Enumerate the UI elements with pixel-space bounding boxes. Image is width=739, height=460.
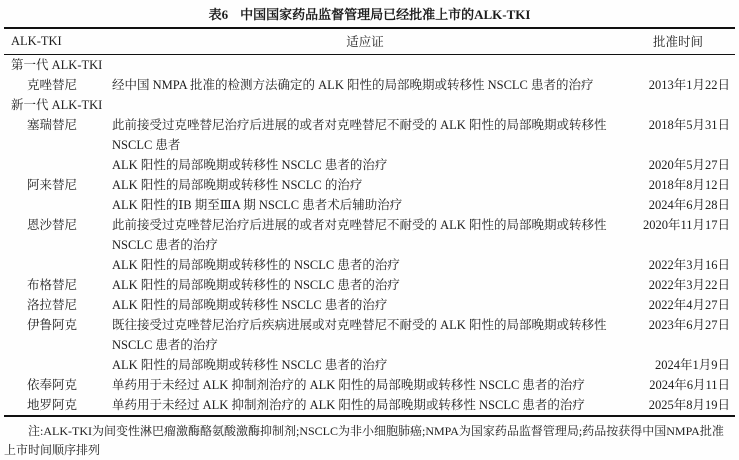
indication-text: ALK 阳性的局部晚期或转移性 NSCLC 的治疗 [109, 175, 621, 195]
approval-date: 2024年6月11日 [621, 375, 735, 395]
drug-name [4, 155, 109, 175]
drug-name [4, 355, 109, 375]
table-row: 洛拉替尼ALK 阳性的局部晚期或转移性 NSCLC 患者的治疗2022年4月27… [4, 295, 735, 315]
table-row: 塞瑞替尼此前接受过克唑替尼治疗后进展的或者对克唑替尼不耐受的 ALK 阳性的局部… [4, 115, 735, 155]
approval-date: 2022年3月16日 [621, 255, 735, 275]
drug-name: 洛拉替尼 [4, 295, 109, 315]
drug-name: 克唑替尼 [4, 75, 109, 95]
drug-name: 依奉阿克 [4, 375, 109, 395]
approval-date: 2020年5月27日 [621, 155, 735, 175]
indication-text: ALK 阳性的局部晚期或转移性的 NSCLC 患者的治疗 [109, 275, 621, 295]
column-header-approval-date: 批准时间 [621, 28, 735, 54]
approval-date: 2020年11月17日 [621, 215, 735, 255]
alk-tki-approval-table: ALK-TKI 适应证 批准时间 第一代 ALK-TKI克唑替尼经中国 NMPA… [4, 27, 735, 417]
table-row: 新一代 ALK-TKI [4, 95, 735, 115]
drug-name: 伊鲁阿克 [4, 315, 109, 355]
approval-date: 2018年8月12日 [621, 175, 735, 195]
table-row: ALK 阳性的局部晚期或转移性 NSCLC 患者的治疗2020年5月27日 [4, 155, 735, 175]
approval-date: 2025年8月19日 [621, 395, 735, 416]
indication-text: ALK 阳性的局部晚期或转移性 NSCLC 患者的治疗 [109, 155, 621, 175]
generation-section-label: 新一代 ALK-TKI [4, 95, 735, 115]
indication-text: 此前接受过克唑替尼治疗后进展的或者对克唑替尼不耐受的 ALK 阳性的局部晚期或转… [109, 215, 621, 255]
indication-text: ALK 阳性的局部晚期或转移性 NSCLC 患者的治疗 [109, 355, 621, 375]
table-footnote: 注:ALK-TKI为间变性淋巴瘤激酶酪氨酸激酶抑制剂;NSCLC为非小细胞肺癌;… [4, 422, 735, 460]
column-header-alk-tki: ALK-TKI [4, 28, 109, 54]
approval-date: 2018年5月31日 [621, 115, 735, 155]
table-row: 依奉阿克单药用于未经过 ALK 抑制剂治疗的 ALK 阳性的局部晚期或转移性 N… [4, 375, 735, 395]
paper-table-page: 表6中国国家药品监督管理局已经批准上市的ALK-TKI ALK-TKI 适应证 … [0, 0, 739, 460]
table-body: 第一代 ALK-TKI克唑替尼经中国 NMPA 批准的检测方法确定的 ALK 阳… [4, 54, 735, 416]
drug-name [4, 255, 109, 275]
indication-text: ALK 阳性的ⅠB 期至ⅢA 期 NSCLC 患者术后辅助治疗 [109, 195, 621, 215]
generation-section-label: 第一代 ALK-TKI [4, 54, 735, 75]
indication-text: 此前接受过克唑替尼治疗后进展的或者对克唑替尼不耐受的 ALK 阳性的局部晚期或转… [109, 115, 621, 155]
drug-name: 阿来替尼 [4, 175, 109, 195]
indication-text: ALK 阳性的局部晚期或转移性 NSCLC 患者的治疗 [109, 295, 621, 315]
table-row: 伊鲁阿克既往接受过克唑替尼治疗后疾病进展或对克唑替尼不耐受的 ALK 阳性的局部… [4, 315, 735, 355]
drug-name: 塞瑞替尼 [4, 115, 109, 155]
table-row: 克唑替尼经中国 NMPA 批准的检测方法确定的 ALK 阳性的局部晚期或转移性 … [4, 75, 735, 95]
approval-date: 2024年6月28日 [621, 195, 735, 215]
table-row: ALK 阳性的局部晚期或转移性的 NSCLC 患者的治疗2022年3月16日 [4, 255, 735, 275]
approval-date: 2022年3月22日 [621, 275, 735, 295]
drug-name: 地罗阿克 [4, 395, 109, 416]
indication-text: 单药用于未经过 ALK 抑制剂治疗的 ALK 阳性的局部晚期或转移性 NSCLC… [109, 375, 621, 395]
table-row: 地罗阿克单药用于未经过 ALK 抑制剂治疗的 ALK 阳性的局部晚期或转移性 N… [4, 395, 735, 416]
table-row: 阿来替尼ALK 阳性的局部晚期或转移性 NSCLC 的治疗2018年8月12日 [4, 175, 735, 195]
indication-text: 经中国 NMPA 批准的检测方法确定的 ALK 阳性的局部晚期或转移性 NSCL… [109, 75, 621, 95]
table-header: ALK-TKI 适应证 批准时间 [4, 28, 735, 54]
table-row: 第一代 ALK-TKI [4, 54, 735, 75]
table-title-text: 中国国家药品监督管理局已经批准上市的ALK-TKI [240, 7, 530, 22]
indication-text: 既往接受过克唑替尼治疗后疾病进展或对克唑替尼不耐受的 ALK 阳性的局部晚期或转… [109, 315, 621, 355]
table-row: 恩沙替尼此前接受过克唑替尼治疗后进展的或者对克唑替尼不耐受的 ALK 阳性的局部… [4, 215, 735, 255]
table-number: 表6 [209, 7, 229, 22]
table-row: 布格替尼ALK 阳性的局部晚期或转移性的 NSCLC 患者的治疗2022年3月2… [4, 275, 735, 295]
table-row: ALK 阳性的ⅠB 期至ⅢA 期 NSCLC 患者术后辅助治疗2024年6月28… [4, 195, 735, 215]
column-header-indication: 适应证 [109, 28, 621, 54]
indication-text: ALK 阳性的局部晚期或转移性的 NSCLC 患者的治疗 [109, 255, 621, 275]
indication-text: 单药用于未经过 ALK 抑制剂治疗的 ALK 阳性的局部晚期或转移性 NSCLC… [109, 395, 621, 416]
drug-name [4, 195, 109, 215]
table-title: 表6中国国家药品监督管理局已经批准上市的ALK-TKI [4, 0, 735, 27]
approval-date: 2024年1月9日 [621, 355, 735, 375]
header-row: ALK-TKI 适应证 批准时间 [4, 28, 735, 54]
drug-name: 恩沙替尼 [4, 215, 109, 255]
drug-name: 布格替尼 [4, 275, 109, 295]
approval-date: 2023年6月27日 [621, 315, 735, 355]
approval-date: 2013年1月22日 [621, 75, 735, 95]
table-row: ALK 阳性的局部晚期或转移性 NSCLC 患者的治疗2024年1月9日 [4, 355, 735, 375]
approval-date: 2022年4月27日 [621, 295, 735, 315]
